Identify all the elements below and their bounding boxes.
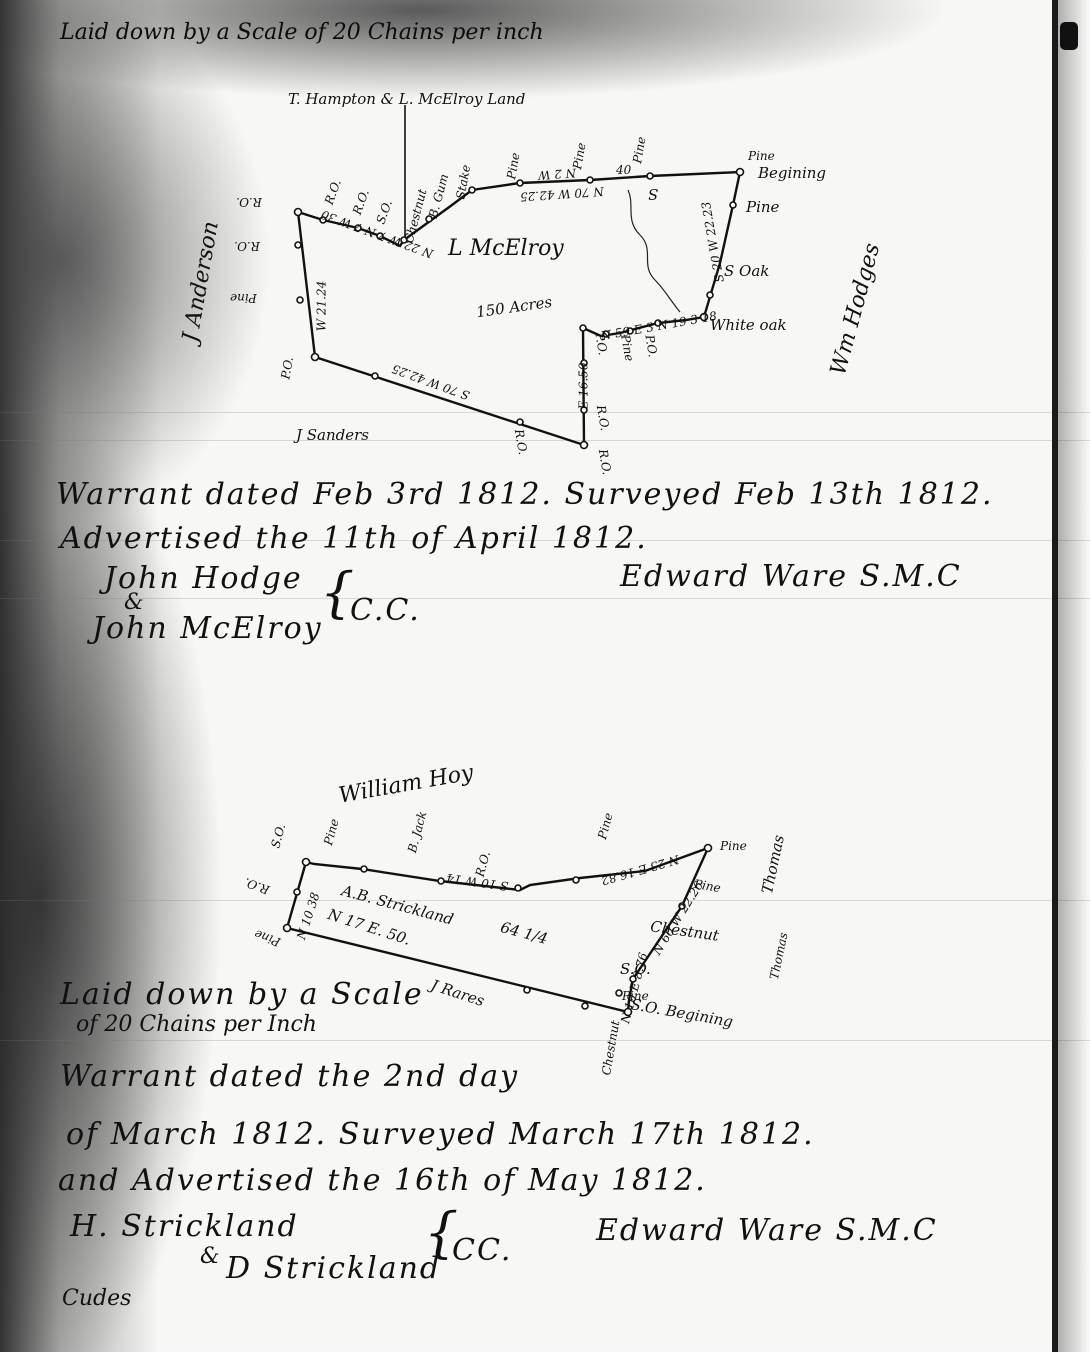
record2-scale-line-2: of 20 Chains per Inch bbox=[76, 1014, 317, 1036]
record2-cc: CC. bbox=[452, 1236, 512, 1266]
record2-connector: & bbox=[200, 1246, 220, 1268]
record2-surveyor: Edward Ware S.M.C bbox=[596, 1216, 938, 1246]
record2-surveyed-line: of March 1812. Surveyed March 17th 1812. bbox=[66, 1120, 815, 1150]
record2-chain-carrier-2: D Strickland bbox=[226, 1254, 441, 1284]
record2-advertised-line: and Advertised the 16th of May 1812. bbox=[58, 1166, 707, 1196]
record2-scale-line-1: Laid down by a Scale bbox=[60, 980, 424, 1010]
document-page: Laid down by a Scale of 20 Chains per in… bbox=[0, 0, 1090, 1352]
record2-warrant-line: Warrant dated the 2nd day bbox=[60, 1062, 519, 1092]
record2-chain-carrier-1: H. Strickland bbox=[70, 1212, 299, 1242]
record2-side-note: Cudes bbox=[62, 1288, 131, 1310]
plat2-tree-pine-corner: Pine bbox=[720, 840, 747, 852]
